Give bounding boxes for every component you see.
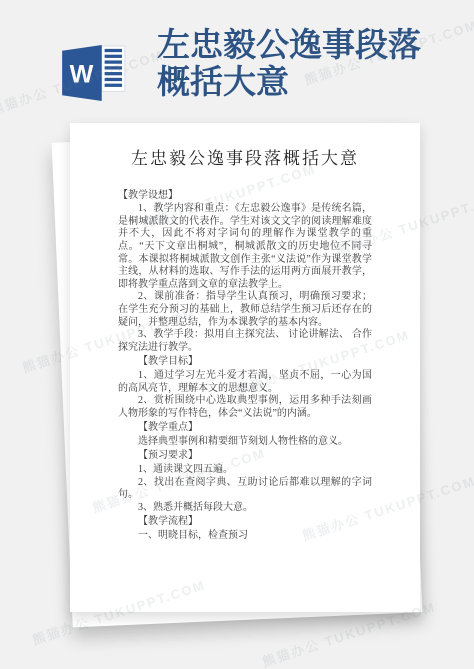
paragraph: 1、通读课文四五遍。 bbox=[118, 464, 372, 477]
paragraph: 2、找出在查阅字典、互助讨论后都难以理解的字词句。 bbox=[118, 477, 372, 502]
word-icon-letter: W bbox=[70, 61, 94, 89]
paragraph: 1、通过学习左光斗爱才若渴，坚贞不屈，一心为国的高风亮节，理解本文的思想意义。 bbox=[118, 370, 372, 395]
paragraph: 3、熟悉并概括每段大意。 bbox=[118, 502, 372, 515]
paragraph: 2、赏析围绕中心选取典型事例，运用多种手法刻画人物形象的写作特色，体会“义法说”… bbox=[118, 395, 372, 420]
document-content: 左忠毅公逸事段落概括大意 【教学设想】1、教学内容和重点：《左忠毅公逸事》是传统… bbox=[118, 153, 372, 543]
document-page: 左忠毅公逸事段落概括大意 【教学设想】1、教学内容和重点：《左忠毅公逸事》是传统… bbox=[70, 123, 420, 612]
page-title-line1: 左忠毅公逸事段落 bbox=[157, 28, 457, 65]
document-title: 左忠毅公逸事段落概括大意 bbox=[118, 153, 372, 166]
paragraph: 一、明晓目标，检查预习 bbox=[118, 530, 372, 543]
section-heading: 【预习要求】 bbox=[118, 450, 372, 463]
section-heading: 【教学设想】 bbox=[118, 190, 372, 203]
paragraph: 选择典型事例和精要细节刻划人物性格的意义。 bbox=[118, 436, 372, 449]
page-title: 左忠毅公逸事段落 概括大意 bbox=[157, 28, 457, 102]
section: 【教学目标】1、通过学习左光斗爱才若渴，坚贞不屈，一心为国的高风亮节，理解本文的… bbox=[118, 356, 372, 420]
section-heading: 【教学目标】 bbox=[118, 356, 372, 369]
section: 【教学重点】选择典型事例和精要细节刻划人物性格的意义。 bbox=[118, 422, 372, 448]
word-file-icon: W bbox=[62, 45, 126, 101]
paragraph: 1、教学内容和重点：《左忠毅公逸事》是传统名篇，是桐城派散文的代表作。学生对该文… bbox=[118, 203, 372, 291]
section: 【教学流程】一、明晓目标，检查预习 bbox=[118, 516, 372, 542]
section: 【教学设想】1、教学内容和重点：《左忠毅公逸事》是传统名篇，是桐城派散文的代表作… bbox=[118, 190, 372, 355]
header: W 左忠毅公逸事段落 概括大意 bbox=[0, 0, 474, 130]
paragraph: 3、教学手段：拟用自主探究法、 讨论讲解法、 合作探究法进行教学。 bbox=[118, 329, 372, 354]
paragraph: 2、课前准备：指导学生认真预习，明确预习要求；在学生充分预习的基础上，教师总结学… bbox=[118, 291, 372, 329]
section-heading: 【教学流程】 bbox=[118, 516, 372, 529]
doc-sections: 【教学设想】1、教学内容和重点：《左忠毅公逸事》是传统名篇，是桐城派散文的代表作… bbox=[118, 190, 372, 543]
page-title-line2: 概括大意 bbox=[157, 65, 457, 102]
section-heading: 【教学重点】 bbox=[118, 422, 372, 435]
preview-canvas: 熊猫办公 TUKUPPT.COM 熊猫办公 TUKUPPT.COM 熊猫办公 T… bbox=[0, 0, 474, 669]
section: 【预习要求】1、通读课文四五遍。2、找出在查阅字典、互助讨论后都难以理解的字词句… bbox=[118, 450, 372, 514]
